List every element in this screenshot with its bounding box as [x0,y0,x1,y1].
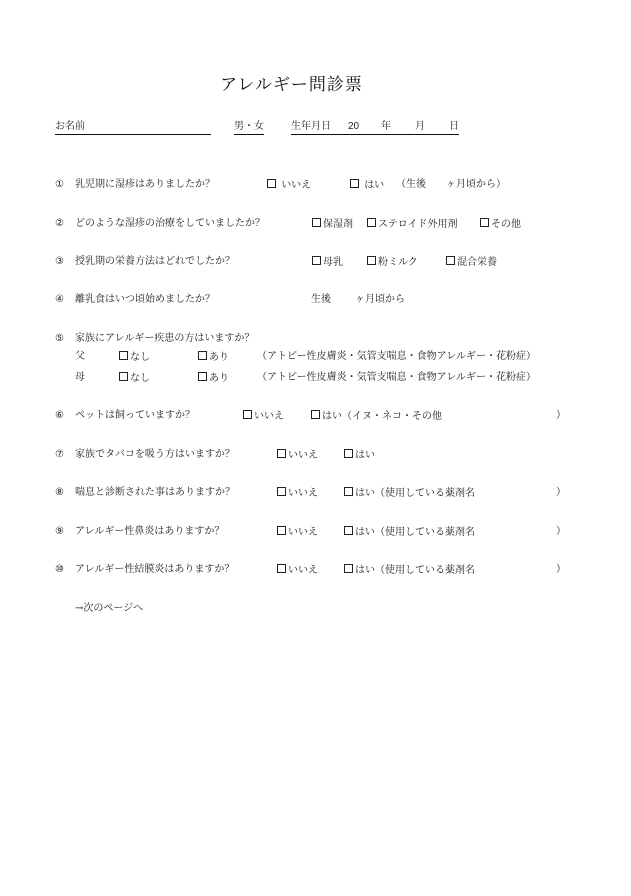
checkbox-icon [277,449,286,458]
checkbox-icon [277,487,286,496]
checkbox-icon [267,179,276,188]
gender-field[interactable]: 男・女 [234,121,264,135]
checkbox-moisturizer[interactable]: 保湿剤 [312,218,353,231]
checkbox-icon [344,526,353,535]
checkbox-icon [350,179,359,188]
checkbox-no[interactable]: いいえ [277,564,318,577]
checkbox-yes[interactable]: はい（イヌ・ネコ・その他 [311,410,442,423]
checkbox-icon [446,256,455,265]
checkbox-icon [311,410,320,419]
checkbox-icon [243,410,252,419]
dob-field[interactable]: 生年月日 20 年 月 日 [291,121,459,135]
checkbox-father-none[interactable]: なし [119,351,150,364]
checkbox-icon [277,526,286,535]
checkbox-yes[interactable]: はい（使用している薬剤名 [344,564,475,577]
checkbox-icon [119,372,128,381]
checkbox-no[interactable]: いいえ [277,449,318,462]
checkbox-no[interactable]: いいえ [277,487,318,500]
checkbox-yes[interactable]: はい（使用している薬剤名 [344,526,475,539]
checkbox-yes[interactable]: はい（使用している薬剤名 [344,487,475,500]
checkbox-yes[interactable]: はい [350,179,384,192]
checkbox-no[interactable]: いいえ [267,179,311,192]
checkbox-formula[interactable]: 粉ミルク [367,256,418,269]
dob-label: 生年月日 [291,121,331,132]
checkbox-icon [367,256,376,265]
next-page-note: →次のページへ [75,603,143,615]
checkbox-other[interactable]: その他 [480,218,521,231]
checkbox-icon [312,256,321,265]
checkbox-icon [198,372,207,381]
checkbox-icon [312,218,321,227]
checkbox-mixed[interactable]: 混合栄養 [446,256,497,269]
checkbox-no[interactable]: いいえ [277,526,318,539]
checkbox-no[interactable]: いいえ [243,410,284,423]
name-label: お名前 [55,121,85,132]
checkbox-mother-none[interactable]: なし [119,372,150,385]
checkbox-icon [344,449,353,458]
checkbox-yes[interactable]: はい [344,449,375,462]
checkbox-icon [119,351,128,360]
checkbox-breast-milk[interactable]: 母乳 [312,256,343,269]
checkbox-icon [367,218,376,227]
checkbox-icon [344,564,353,573]
page-title: アレルギー問診票 [220,70,363,95]
checkbox-icon [344,487,353,496]
name-field[interactable]: お名前 [55,121,211,135]
checkbox-father-yes[interactable]: あり [198,351,229,364]
checkbox-icon [198,351,207,360]
checkbox-icon [277,564,286,573]
checkbox-steroid[interactable]: ステロイド外用剤 [367,218,458,231]
checkbox-mother-yes[interactable]: あり [198,372,229,385]
checkbox-icon [480,218,489,227]
